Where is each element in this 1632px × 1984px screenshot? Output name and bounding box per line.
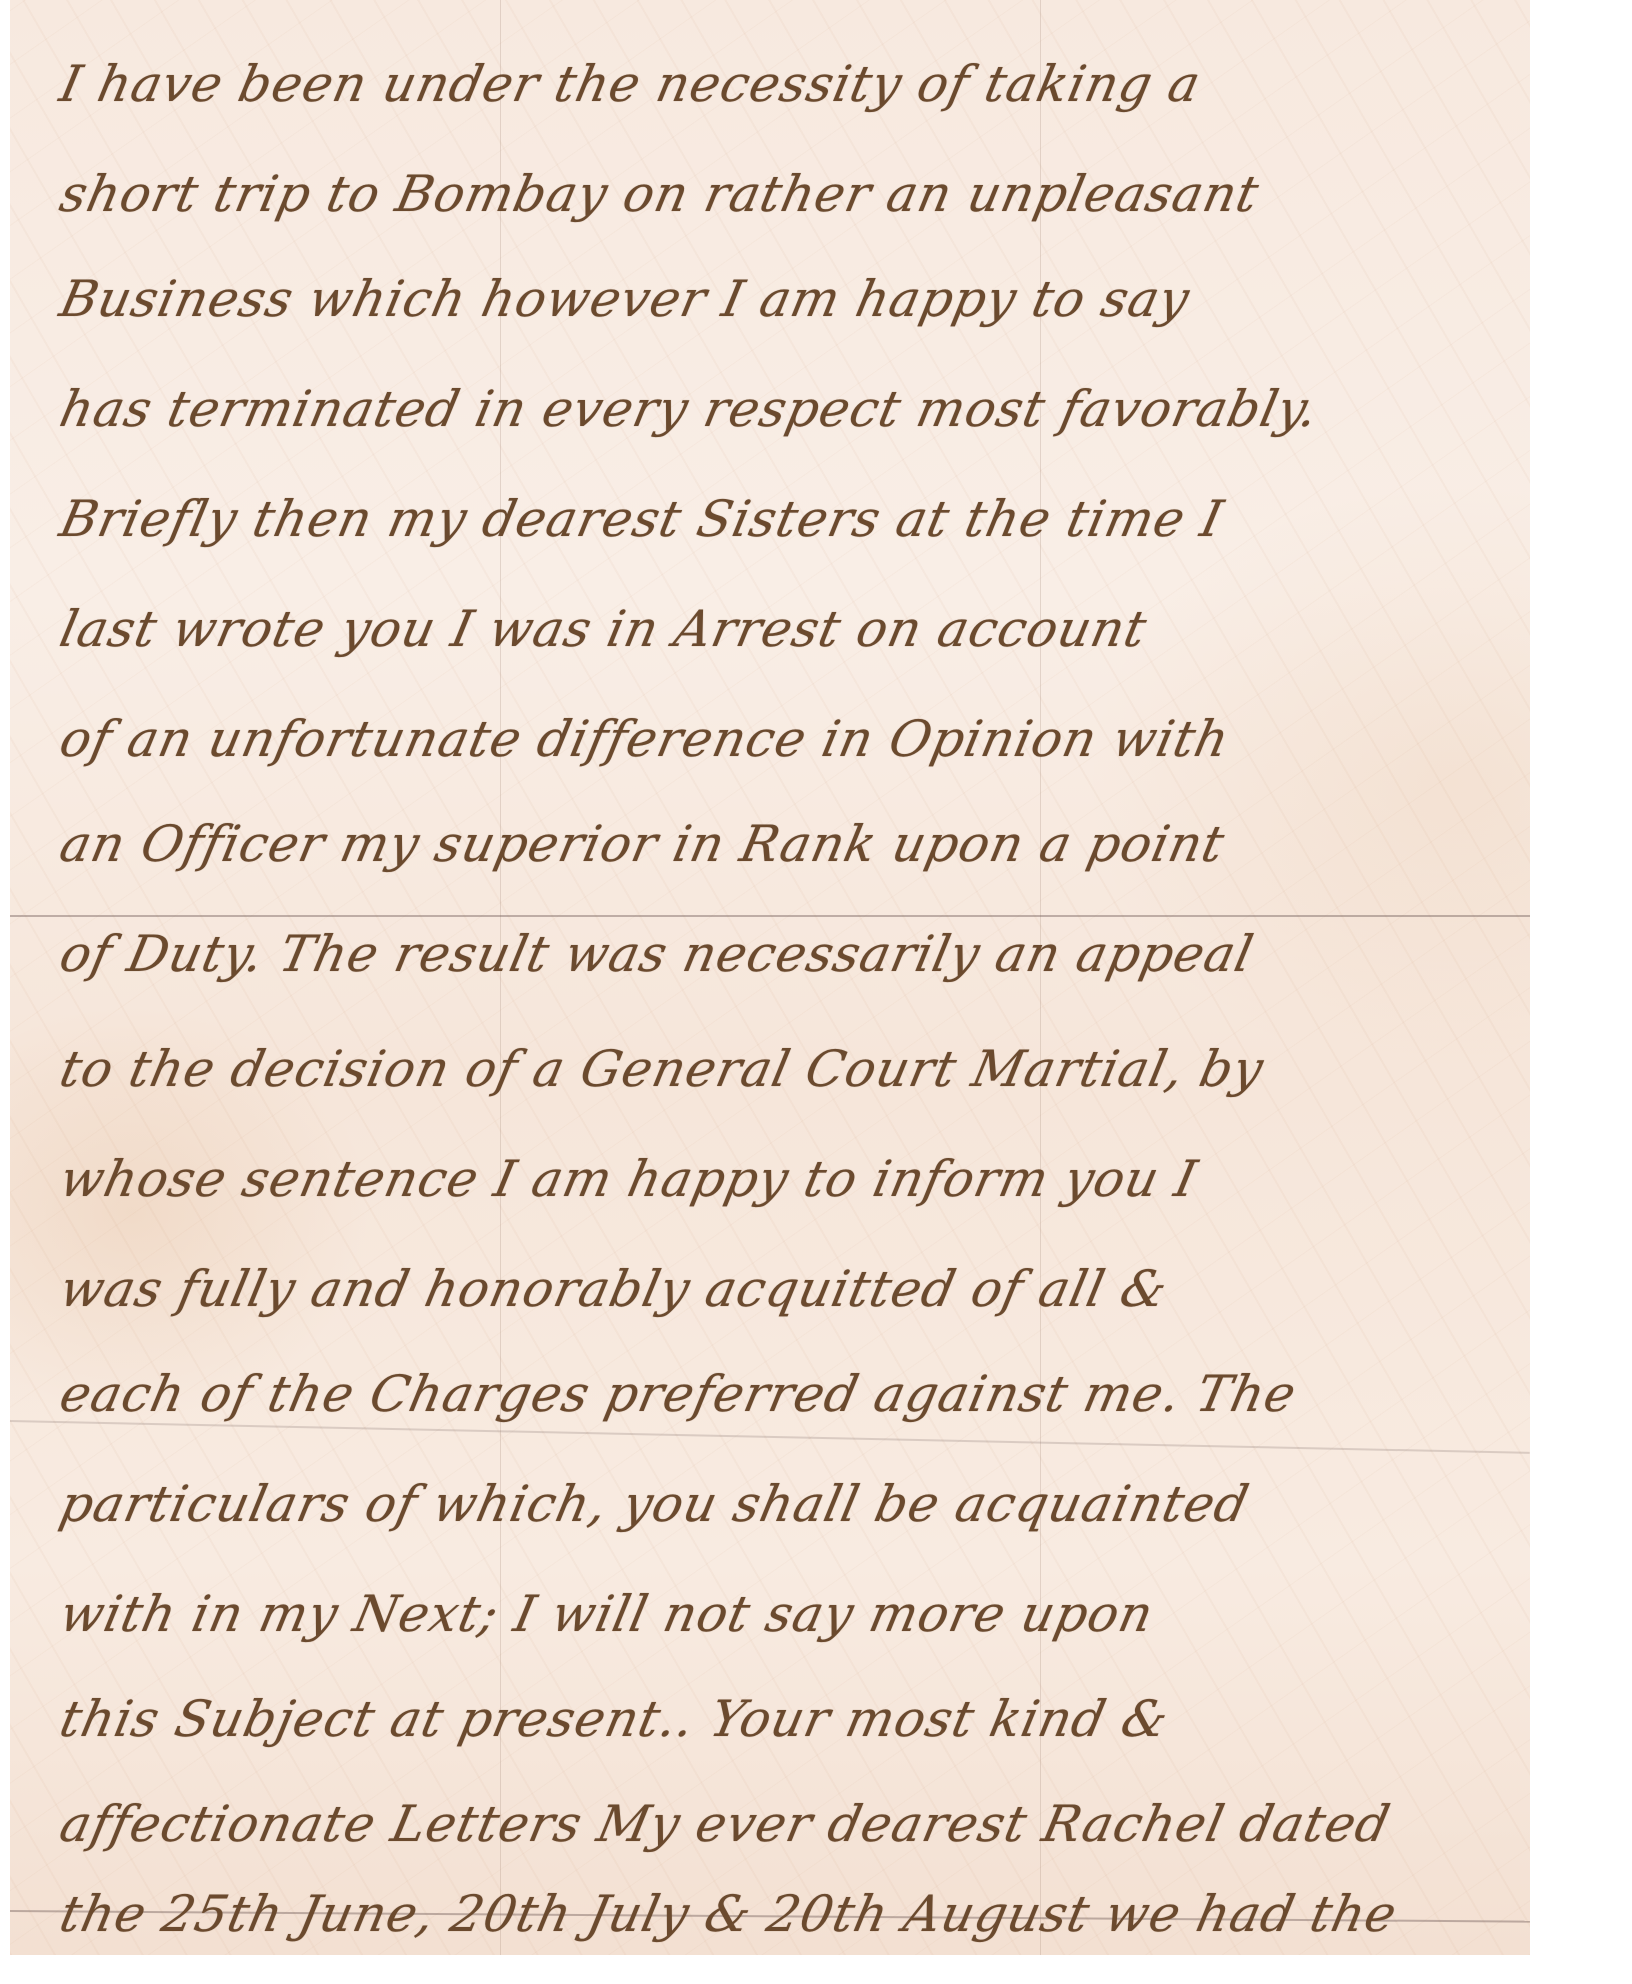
letter-line: to the decision of a General Court Marti…: [55, 1040, 1537, 1098]
letter-line: this Subject at present.. Your most kind…: [55, 1690, 1537, 1748]
letter-line: Business which however I am happy to say: [55, 270, 1537, 328]
letter-line: affectionate Letters My ever dearest Rac…: [55, 1795, 1537, 1853]
letter-line: short trip to Bombay on rather an unplea…: [55, 165, 1537, 223]
letter-line: an Officer my superior in Rank upon a po…: [55, 815, 1537, 873]
fold-crease-horizontal: [10, 915, 1530, 917]
letter-line: each of the Charges preferred against me…: [55, 1365, 1537, 1423]
letter-line: has terminated in every respect most fav…: [55, 380, 1537, 438]
letter-line: whose sentence I am happy to inform you …: [55, 1150, 1537, 1208]
letter-line: last wrote you I was in Arrest on accoun…: [55, 600, 1537, 658]
letter-line: of an unfortunate difference in Opinion …: [55, 710, 1537, 768]
letter-line: particulars of which, you shall be acqua…: [55, 1475, 1537, 1533]
letter-line: of Duty. The result was necessarily an a…: [55, 925, 1537, 983]
letter-line: Briefly then my dearest Sisters at the t…: [55, 490, 1537, 548]
letter-line: the 25th June, 20th July & 20th August w…: [55, 1885, 1537, 1943]
letter-line: with in my Next; I will not say more upo…: [55, 1585, 1537, 1643]
letter-line: was fully and honorably acquitted of all…: [55, 1260, 1537, 1318]
fold-crease-horizontal: [10, 1420, 1530, 1454]
letter-page: I have been under the necessity of takin…: [10, 0, 1530, 1955]
letter-line: I have been under the necessity of takin…: [55, 55, 1537, 113]
